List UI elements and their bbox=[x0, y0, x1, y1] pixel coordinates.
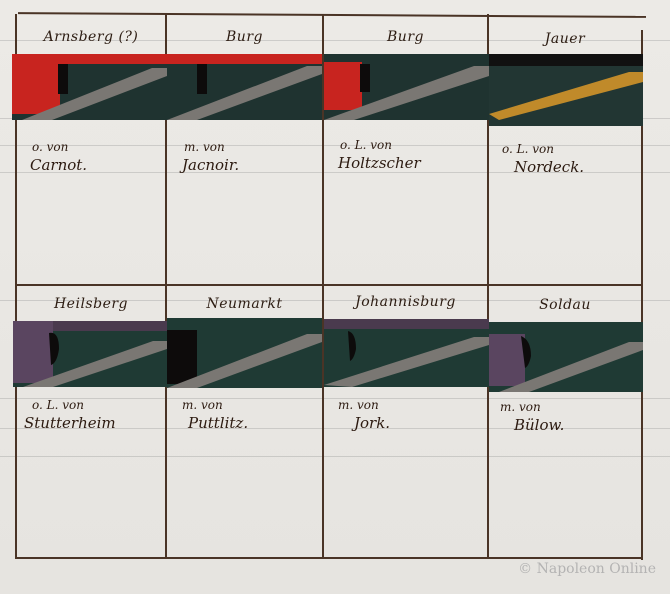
ruling-line bbox=[0, 456, 670, 457]
uniform-color-swatch bbox=[12, 54, 167, 120]
chief-entry: o. L. von Stutterheim bbox=[24, 396, 116, 432]
town-label: Burg bbox=[167, 20, 322, 54]
chief-rank: o. L. von bbox=[338, 136, 421, 154]
uniform-color-swatch bbox=[324, 54, 489, 120]
uniform-color-swatch bbox=[324, 319, 489, 387]
uniform-color-swatch bbox=[167, 54, 322, 120]
chief-rank: m. von bbox=[336, 396, 390, 414]
chief-name: Jork. bbox=[336, 414, 390, 432]
town-label: Heilsberg bbox=[17, 287, 165, 321]
chief-entry: m. von Jork. bbox=[336, 396, 390, 432]
town-label: Jauer bbox=[489, 22, 641, 56]
chief-name: Carnot. bbox=[30, 156, 87, 174]
copyright-watermark: © Napoleon Online bbox=[518, 561, 656, 577]
town-label: Soldau bbox=[489, 288, 641, 322]
chief-entry: o. von Carnot. bbox=[30, 138, 87, 174]
chief-name: Holtzscher bbox=[338, 154, 421, 172]
chief-entry: m. von Puttlitz. bbox=[180, 396, 248, 432]
town-label: Neumarkt bbox=[167, 287, 322, 321]
uniform-color-swatch bbox=[489, 322, 643, 392]
chief-name: Jacnoir. bbox=[182, 156, 239, 174]
uniform-color-swatch bbox=[13, 321, 167, 387]
table-top-border bbox=[18, 12, 646, 18]
chief-name: Bülow. bbox=[498, 416, 564, 434]
town-label: Burg bbox=[324, 20, 487, 54]
chief-rank: o. L. von bbox=[500, 140, 584, 158]
uniform-color-swatch bbox=[167, 318, 322, 388]
chief-name: Stutterheim bbox=[24, 414, 116, 432]
town-label: Johannisburg bbox=[324, 285, 487, 319]
chief-name: Puttlitz. bbox=[180, 414, 248, 432]
chief-rank: o. L. von bbox=[24, 396, 116, 414]
chief-rank: o. von bbox=[30, 138, 87, 156]
chief-entry: o. L. von Nordeck. bbox=[500, 140, 584, 176]
uniform-color-swatch bbox=[489, 54, 643, 126]
chief-rank: m. von bbox=[498, 398, 564, 416]
chief-name: Nordeck. bbox=[500, 158, 584, 176]
chief-entry: m. von Jacnoir. bbox=[182, 138, 239, 174]
chief-rank: m. von bbox=[182, 138, 239, 156]
table-bottom-border bbox=[15, 557, 643, 559]
chief-entry: m. von Bülow. bbox=[498, 398, 564, 434]
chief-entry: o. L. von Holtzscher bbox=[338, 136, 421, 172]
chief-rank: m. von bbox=[180, 396, 248, 414]
town-label: Arnsberg (?) bbox=[17, 20, 165, 54]
